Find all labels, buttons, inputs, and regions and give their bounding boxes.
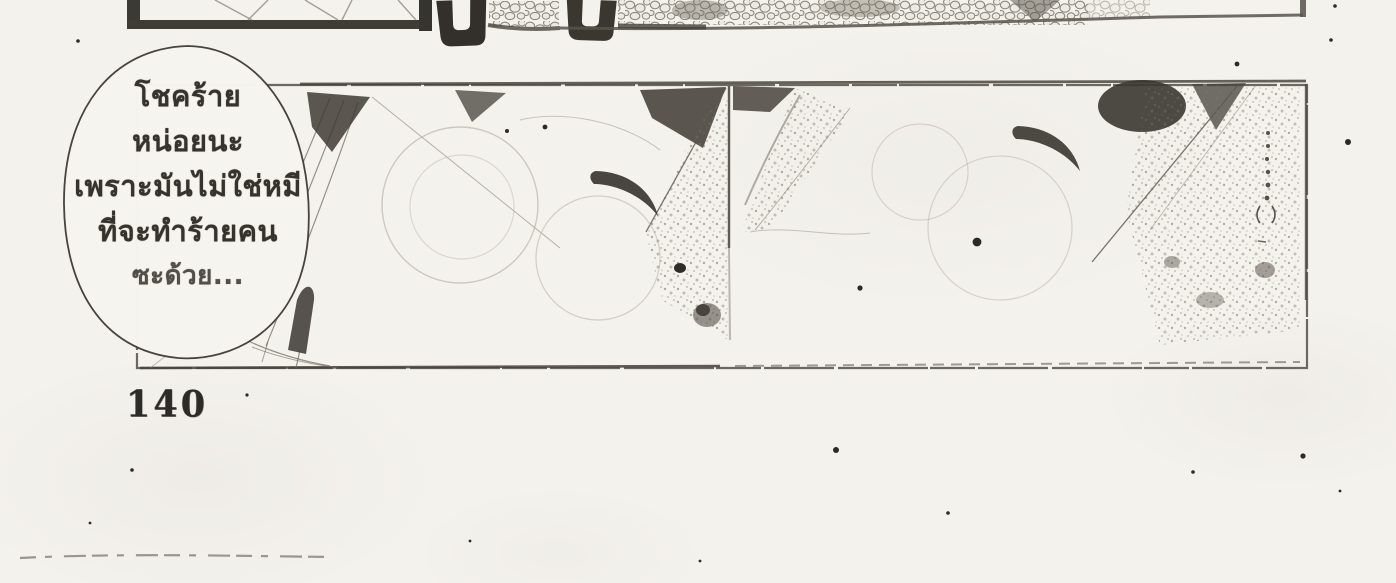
- speech-bubble-line: ซะด้วย...: [40, 254, 336, 299]
- speech-bubble-text: โชคร้าย หน่อยนะ เพราะมันไม่ใช่หมี ที่จะท…: [40, 74, 336, 299]
- sfx-block-u-glyph: [565, 0, 617, 41]
- speech-bubble-line: หน่อยนะ: [40, 119, 336, 164]
- speech-bubble-line: ที่จะทำร้ายคน: [40, 209, 336, 254]
- speed-crescent: [1012, 126, 1080, 171]
- next-panel-edge: [20, 555, 332, 558]
- manga-page: โชคร้าย หน่อยนะ เพราะมันไม่ใช่หมี ที่จะท…: [0, 0, 1396, 583]
- top-panel-remnant: [127, 0, 1306, 47]
- pebble-texture-strip: [488, 0, 1150, 29]
- sfx-block-u-glyph: [436, 0, 488, 47]
- speech-bubble-line: โชคร้าย: [40, 74, 336, 119]
- speech-bubble-line: เพราะมันไม่ใช่หมี: [40, 164, 336, 209]
- page-number: 140: [126, 383, 208, 426]
- right-panel-art: [733, 80, 1300, 345]
- speed-crescent: [590, 171, 658, 216]
